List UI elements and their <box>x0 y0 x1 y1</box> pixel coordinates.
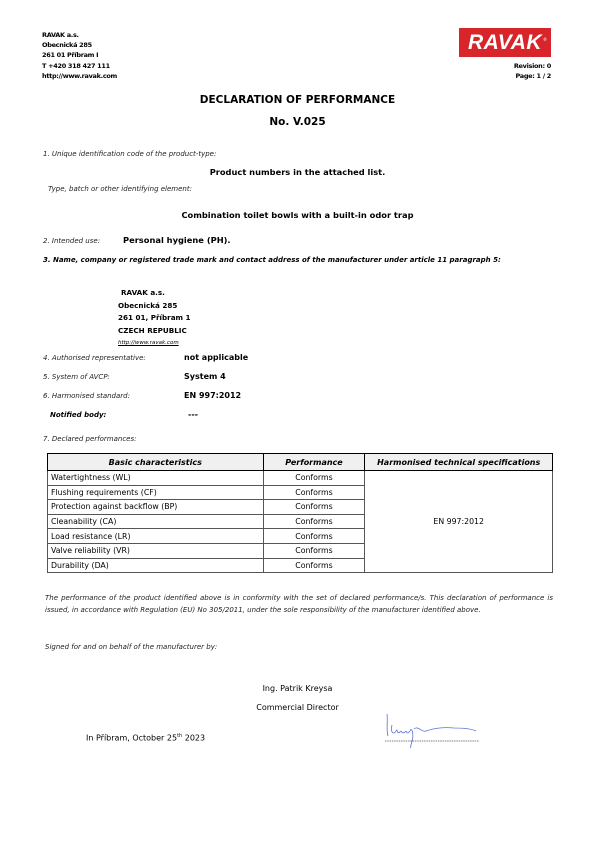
company-city: 261 01 Příbram I <box>42 50 117 60</box>
place-date: In Příbram, October 25th 2023 <box>86 733 205 743</box>
document-title: DECLARATION OF PERFORMANCE <box>0 94 595 106</box>
document-number: No. V.025 <box>0 116 595 128</box>
section7-label: 7. Declared performances: <box>43 435 137 443</box>
page-number: Page: 1 / 2 <box>514 71 551 81</box>
address-country: CZECH REPUBLIC <box>118 325 191 338</box>
characteristic-cell: Durability (DA) <box>48 558 264 573</box>
signed-on-behalf: Signed for and on behalf of the manufact… <box>45 641 553 653</box>
performance-cell: Conforms <box>263 529 365 544</box>
section1-sub-label: Type, batch or other identifying element… <box>48 185 192 193</box>
logo-text: RAVAK <box>468 31 542 55</box>
revision: Revision: 0 <box>514 61 551 71</box>
performance-cell: Conforms <box>263 471 365 486</box>
section1-sub-value: Combination toilet bowls with a built-in… <box>0 210 595 220</box>
section6-label: 6. Harmonised standard: <box>43 392 130 400</box>
ravak-logo: RAVAK ® <box>459 28 551 57</box>
header-characteristics: Basic characteristics <box>48 454 264 471</box>
characteristic-cell: Load resistance (LR) <box>48 529 264 544</box>
manufacturer-address: RAVAK a.s. Obecnická 285 261 01, Příbram… <box>118 287 191 350</box>
section3-label: 3. Name, company or registered trade mar… <box>43 256 501 264</box>
company-street: Obecnická 285 <box>42 40 117 50</box>
section4-label: 4. Authorised representative: <box>43 354 146 362</box>
signature-icon <box>384 711 480 751</box>
manufacturer-website-link[interactable]: http://www.ravak.com <box>118 337 191 350</box>
header-performance: Performance <box>263 454 365 471</box>
header-specifications: Harmonised technical specifications <box>365 454 553 471</box>
characteristic-cell: Cleanability (CA) <box>48 514 264 529</box>
signatory-name: Ing. Patrik Kreysa <box>0 684 595 693</box>
signatory-title: Commercial Director <box>0 703 595 712</box>
company-phone: T +420 318 427 111 <box>42 61 117 71</box>
section1-value: Product numbers in the attached list. <box>0 167 595 177</box>
company-name: RAVAK a.s. <box>42 30 117 40</box>
notified-body-value: --- <box>188 410 198 419</box>
table-row: Watertightness (WL) Conforms EN 997:2012 <box>48 471 553 486</box>
section2-value: Personal hygiene (PH). <box>123 235 231 245</box>
performance-cell: Conforms <box>263 543 365 558</box>
performance-cell: Conforms <box>263 514 365 529</box>
performance-cell: Conforms <box>263 485 365 500</box>
performance-cell: Conforms <box>263 558 365 573</box>
document-meta: Revision: 0 Page: 1 / 2 <box>514 61 551 81</box>
section5-label: 5. System of AVCP: <box>43 373 110 381</box>
performance-cell: Conforms <box>263 500 365 515</box>
place-date-year: 2023 <box>182 734 205 743</box>
section2-label: 2. Intended use: <box>43 237 100 245</box>
characteristic-cell: Valve reliability (VR) <box>48 543 264 558</box>
performance-table: Basic characteristics Performance Harmon… <box>47 453 553 573</box>
specification-cell: EN 997:2012 <box>365 471 553 573</box>
address-street: Obecnická 285 <box>118 300 191 313</box>
address-company: RAVAK a.s. <box>118 287 191 300</box>
company-website: http://www.ravak.com <box>42 71 117 81</box>
section5-value: System 4 <box>184 372 226 381</box>
section4-value: not applicable <box>184 353 248 362</box>
characteristic-cell: Protection against backflow (BP) <box>48 500 264 515</box>
characteristic-cell: Watertightness (WL) <box>48 471 264 486</box>
address-city: 261 01, Příbram 1 <box>118 312 191 325</box>
section1-label: 1. Unique identification code of the pro… <box>43 150 216 158</box>
characteristic-cell: Flushing requirements (CF) <box>48 485 264 500</box>
table-header-row: Basic characteristics Performance Harmon… <box>48 454 553 471</box>
registered-mark-icon: ® <box>543 37 547 42</box>
notified-body-label: Notified body: <box>50 411 106 419</box>
company-header: RAVAK a.s. Obecnická 285 261 01 Příbram … <box>42 30 117 81</box>
place-date-prefix: In Příbram, October 25 <box>86 734 177 743</box>
conformity-statement: The performance of the product identifie… <box>45 592 553 616</box>
section6-value: EN 997:2012 <box>184 391 241 400</box>
